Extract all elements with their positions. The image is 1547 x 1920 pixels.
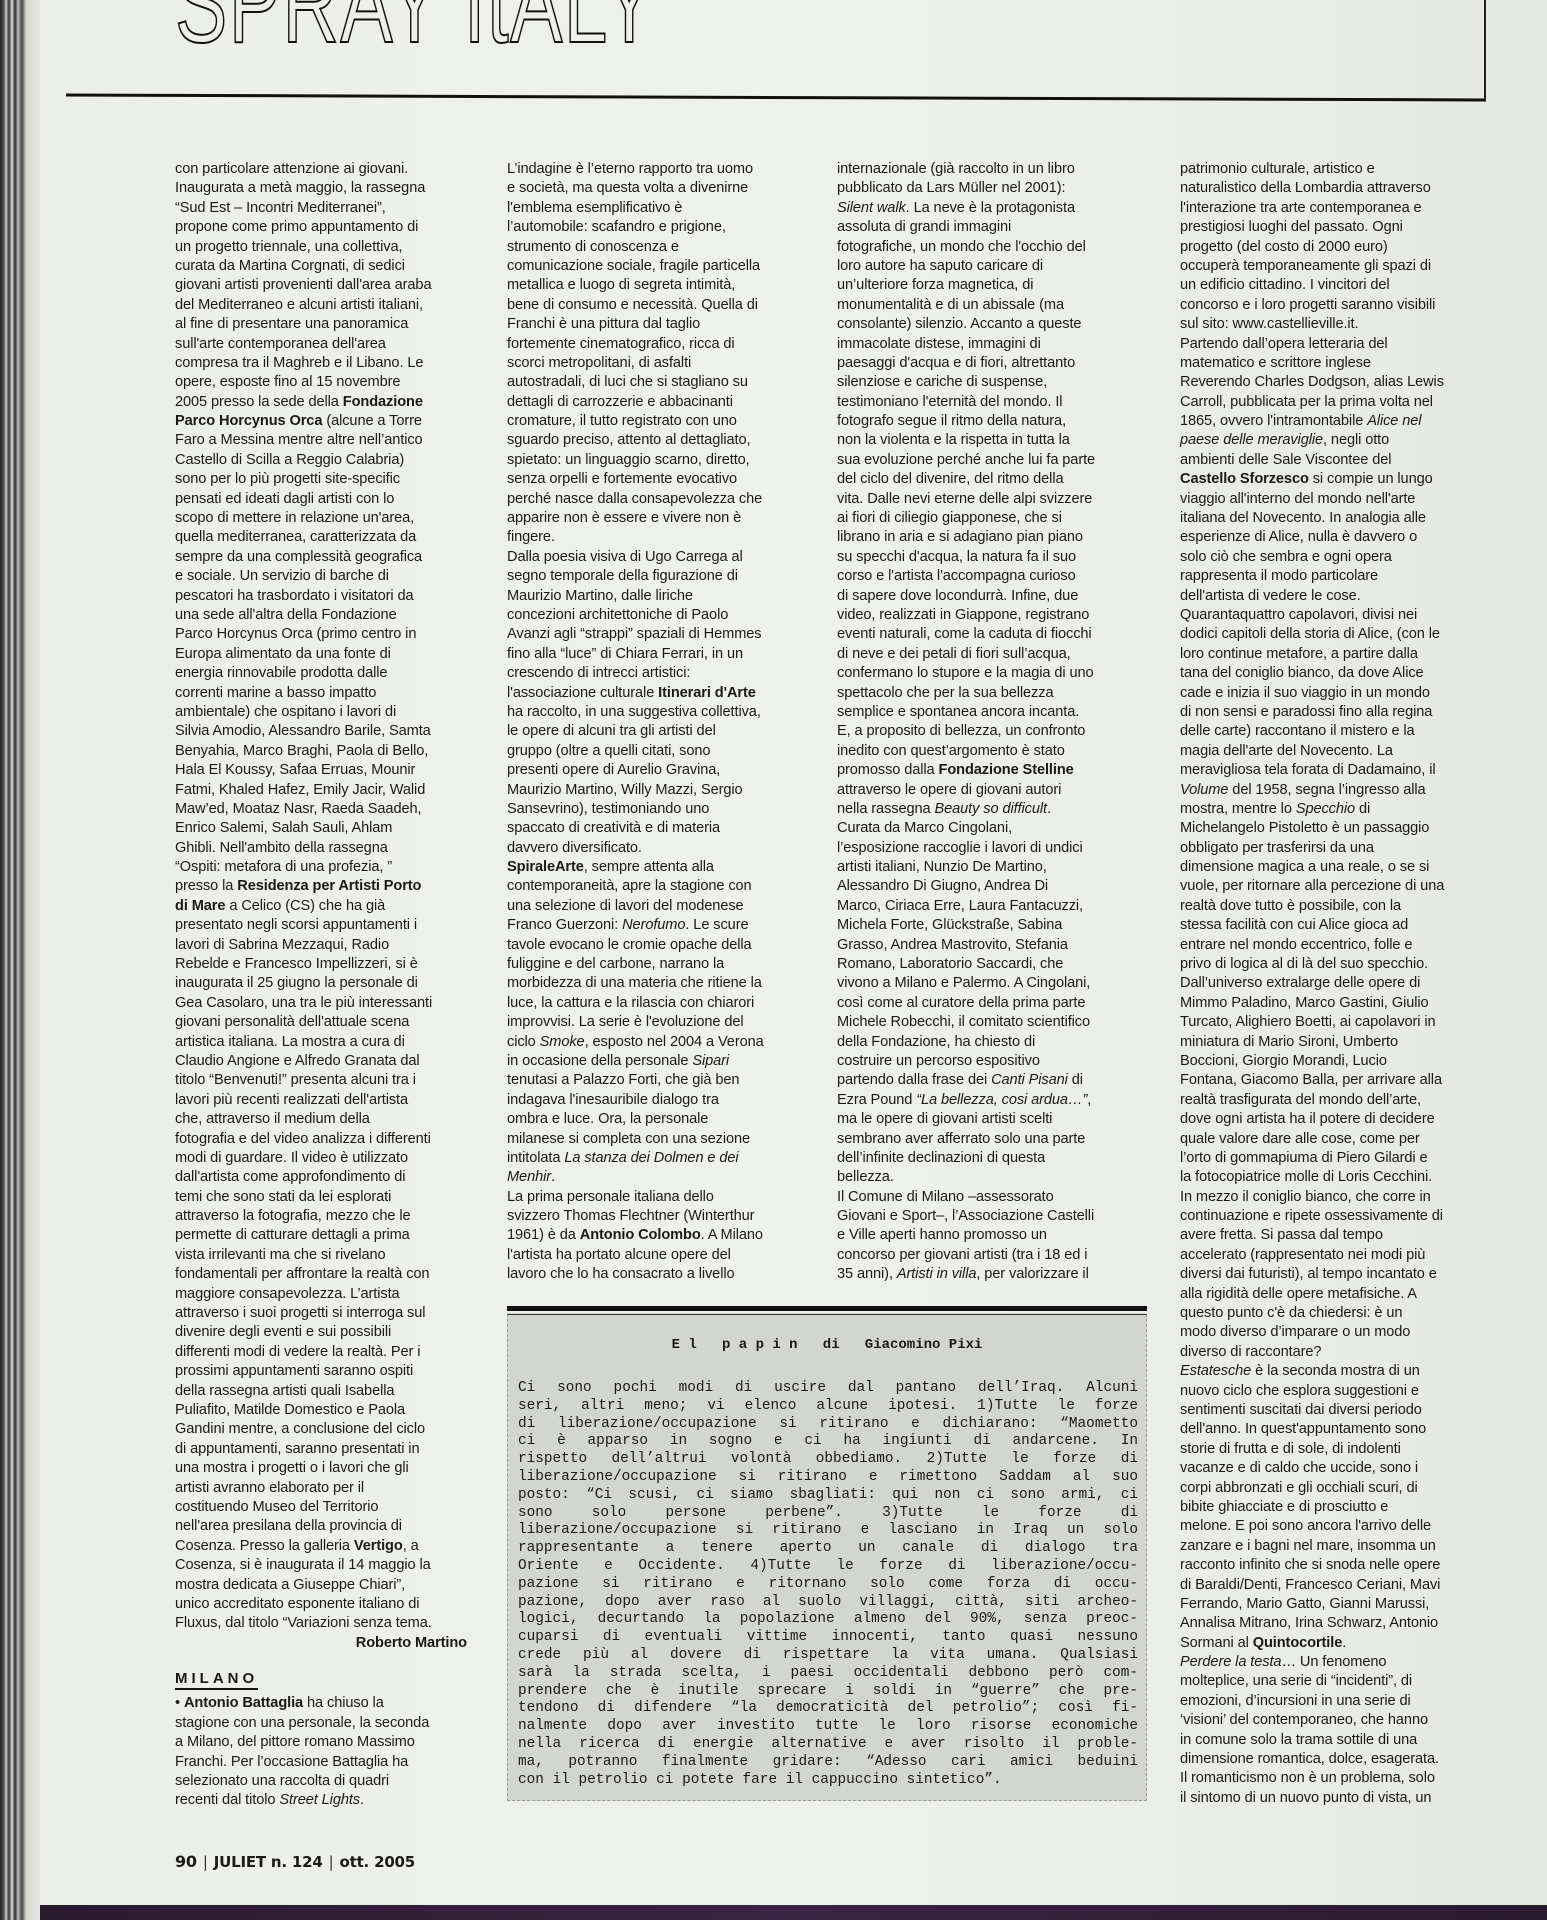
text-line: Castello Sforzesco si compie un lungo [1180,470,1444,489]
text-segment: sono per lo più progetti site-specific [175,471,400,487]
text-segment: strumento di conoscenza e [507,239,679,255]
text-line: librano in aria e si adagiano pian piano [837,528,1095,547]
text-line: bibite ghiacciate e di prosciutto e [1180,1498,1444,1517]
text-segment: inaugurata il 25 giugno la personale di [175,975,418,991]
text-line: monumentalità e di un abissale (ma [837,296,1095,315]
text-segment: tana del coniglio bianco, da dove Alice [1180,665,1424,681]
boxout-line: sarà la strada scelta, i paesi occidenta… [518,1665,1138,1683]
text-line: una mostra i progetti o i lavori che gli [175,1459,467,1478]
italic-text: Specchio [1296,801,1355,817]
boxout-body: Ci sono pochi modi di uscire dal pantano… [518,1380,1138,1789]
column-2-body: L’indagine è l’eterno rapporto tra uomoe… [507,160,764,1285]
text-line: l'associazione culturale Itinerari d'Art… [507,684,764,703]
text-line: Grasso, Andrea Mastrovito, Stefania [837,936,1095,955]
text-line: artisti avranno elaborato per il [175,1479,467,1498]
boxout-line: con il petrolio ci potete fare il cappuc… [518,1772,1138,1790]
text-line: dall'artista come approfondimento di [175,1168,467,1187]
text-line: lavoro che lo ha consacrato a livello [507,1265,764,1284]
text-segment: diverso di raccontare? [1180,1344,1321,1360]
text-line: ai fiori di ciliegio giapponese, che si [837,509,1095,528]
text-line: matematico e scrittore inglese [1180,354,1444,373]
text-line: differenti modi di vedere la realtà. Per… [175,1343,467,1362]
text-segment: svizzero Thomas Flechtner (Winterthur [507,1208,754,1224]
text-line: artisti italiani, Nunzio De Martino, [837,858,1095,877]
text-line: ambienti delle Sale Viscontee del [1180,451,1444,470]
text-segment: luce, la cattura e la rilascia con chiar… [507,995,754,1011]
text-line: l'interazione tra arte contemporanea e [1180,199,1444,218]
text-segment: Michelangelo Pistoletto è un passaggio [1180,820,1429,836]
text-line: recenti dal titolo Street Lights. [175,1791,467,1810]
text-line: inedito con quest’argomento è stato [837,742,1095,761]
text-segment: l’orto di gommapiuma di Piero Gilardi e [1180,1150,1428,1166]
text-segment: consolante) silenzio. Accanto a queste [837,316,1081,332]
text-line: giovani personalità dell'attuale scena [175,1013,467,1032]
text-line: consolante) silenzio. Accanto a queste [837,315,1095,334]
text-line: continuazione e ripete ossessivamente di [1180,1207,1444,1226]
bold-text: Antonio Colombo [580,1227,701,1243]
text-segment: perché nasce dalla consapevolezza che [507,491,762,507]
text-line: le opere di alcuni tra gli artisti del [507,722,764,741]
text-segment: Cosenza. Presso la galleria [175,1538,354,1554]
magazine-issue: JULIET n. 124 [214,1853,323,1871]
text-segment: spietato: un linguaggio scarno, diretto, [507,452,750,468]
text-line: spaccato di creatività e di materia [507,819,764,838]
text-line: Castello di Scilla a Reggio Calabria) [175,451,467,470]
text-segment: attraverso la fotografia, mezzo che le [175,1208,411,1224]
text-segment: Boccioni, Giorgio Morandi, Lucio [1180,1053,1387,1069]
text-segment: eventi naturali, come la caduta di fiocc… [837,626,1092,642]
text-line: Avanzi agli “strappi” spaziali di Hemmes [507,625,764,644]
text-segment: loro autore ha saputo caricare di [837,258,1043,274]
text-segment: una sede all'altra della Fondazione [175,607,397,623]
bold-text: di Mare [175,898,225,914]
text-segment: tenutasi a Palazzo Forti, che già ben [507,1072,739,1088]
text-line: mostra dedicata a Giuseppe Chiari”, [175,1576,467,1595]
text-segment: apparire non è essere e vivere non è [507,510,741,526]
text-line: sguardo preciso, attento al dettagliato, [507,431,764,450]
text-segment: presso la [175,878,237,894]
text-line: modi di guardare. Il video è utilizzato [175,1149,467,1168]
text-line: naturalistico della Lombardia attraverso [1180,179,1444,198]
text-line: strumento di conoscenza e [507,238,764,257]
text-segment: improvvisi. La serie è l'evoluzione del [507,1014,744,1030]
text-line: Michelangelo Pistoletto è un passaggio [1180,819,1444,838]
text-segment: segno temporale della figurazione di [507,568,738,584]
text-segment: lavori più recenti realizzati dell'artis… [175,1092,408,1108]
boxout-line: rispetto dell’altrui volontà obbediamo. … [518,1451,1138,1469]
text-segment: una selezione di lavori del modenese [507,898,744,914]
text-segment: energia rinnovabile prodotta dalle [175,665,387,681]
text-line: pensati ed ideati dagli artisti con lo [175,490,467,509]
text-line: melone. E poi sono ancora l'arrivo delle [1180,1517,1444,1536]
text-segment: La prima personale italiana dello [507,1189,714,1205]
text-line: ambientale) che ospitano i lavori di [175,703,467,722]
text-segment: su specchi d'acqua, la natura fa il suo [837,549,1076,565]
text-segment: realtà trasfigurata del mondo dell’arte, [1180,1092,1421,1108]
text-line: attraverso la fotografia, mezzo che le [175,1207,467,1226]
text-line: Puliafito, Matilde Domestico e Paola [175,1401,467,1420]
footer-separator: | [203,1853,208,1871]
text-segment: e società, ma questa volta a divenirne [507,180,748,196]
bold-text: Fondazione [343,394,423,410]
text-segment: di [1068,1072,1083,1088]
text-segment: fuliggine e del carbone, narrano la [507,956,724,972]
text-segment: Maw’ed, Moataz Nasr, Raeda Saadeh, [175,801,421,817]
text-line: crescendo di intrecci artistici: [507,664,764,683]
text-segment: sull'arte contemporanea dell'area [175,336,386,352]
text-segment: entrare nel mondo eccentrico, folle e [1180,937,1412,953]
text-segment: concorso per giovani artisti (tra i 18 e… [837,1247,1087,1263]
italic-text: Estatesche [1180,1363,1251,1379]
text-line: partendo dalla frase dei Canti Pisani di [837,1071,1095,1090]
text-segment: Franchi è una pittura dal taglio [507,316,700,332]
text-line: E, a proposito di bellezza, un confronto [837,722,1095,741]
text-segment: fondamentali per affrontare la realtà co… [175,1266,429,1282]
text-line: a Milano, del pittore romano Massimo [175,1733,467,1752]
text-line: Gea Casolaro, una tra le più interessant… [175,994,467,1013]
text-segment: artisti italiani, Nunzio De Martino, [837,859,1047,875]
text-segment: naturalistico della Lombardia attraverso [1180,180,1431,196]
text-segment: comunicazione sociale, fragile particell… [507,258,760,274]
text-line: vacanze e di caldo che uccide, sono i [1180,1459,1444,1478]
text-line: Franchi è una pittura dal taglio [507,315,764,334]
text-line: scorci metropolitani, di asfalti [507,354,764,373]
text-segment: internazionale (già raccolto in un libro [837,161,1075,177]
text-segment: progetto (del costo di 2000 euro) [1180,239,1388,255]
text-line: della Fondazione, ha chiesto di [837,1033,1095,1052]
text-line: milanese si completa con una sezione [507,1130,764,1149]
text-segment: Fontana, Giacomo Balla, per arrivare all… [1180,1072,1442,1088]
text-segment: nuovo ciclo che esplora suggestioni e [1180,1383,1419,1399]
text-line: fino alla “luce” di Chiara Ferrari, in u… [507,645,764,664]
text-line: l’orto di gommapiuma di Piero Gilardi e [1180,1149,1444,1168]
text-line: su specchi d'acqua, la natura fa il suo [837,548,1095,567]
text-segment: Claudio Angione e Alfredo Granata dal [175,1053,420,1069]
text-segment: il sintomo di un nuovo punto di vista, u… [1180,1790,1431,1806]
text-line: dodici capitoli della storia di Alice, (… [1180,625,1444,644]
boxout-line: liberazione/occupazione si ritirano e la… [518,1522,1138,1540]
text-line: giovani artisti provenienti dall'area ar… [175,276,467,295]
text-segment: milanese si completa con una sezione [507,1131,750,1147]
text-segment: mostra dedicata a Giuseppe Chiari”, [175,1577,405,1593]
text-line: quale valore dare alle cose, come per [1180,1130,1444,1149]
text-line: di sapere dove locondurrà. Infine, due [837,587,1095,606]
text-segment: sentimenti suscitati dai diversi periodo [1180,1402,1422,1418]
italic-text: Menhir [507,1169,551,1185]
text-line: vita. Dalle nevi eterne delle alpi svizz… [837,490,1095,509]
text-line: Hala El Koussy, Safaa Erruas, Mounir [175,761,467,780]
bold-text: Antonio Battaglia [184,1695,303,1711]
text-line: vuole, per ritornare alla percezione di … [1180,877,1444,896]
text-line: attraverso le opere di giovani autori [837,781,1095,800]
bold-text: SpiraleArte [507,859,584,875]
text-segment: Ezra Pound [837,1092,916,1108]
text-line: Fontana, Giacomo Balla, per arrivare all… [1180,1071,1444,1090]
column-2: L’indagine è l’eterno rapporto tra uomoe… [507,160,764,1285]
text-segment: senza orpelli e fortemente evocativo [507,471,737,487]
text-line: ‘visioni’ del contemporaneo, che hanno [1180,1711,1444,1730]
boxout-line: prendere che è inutile sprecare i soldi … [518,1683,1138,1701]
text-line: costituendo Museo del Territorio [175,1498,467,1517]
text-segment: vita. Dalle nevi eterne delle alpi svizz… [837,491,1092,507]
text-segment: Curata da Marco Cingolani, [837,820,1012,836]
text-segment: del Mediterraneo e alcuni artisti italia… [175,297,423,313]
text-line: rappresenta il modo particolare [1180,567,1444,586]
text-segment: di Baraldi/Denti, Francesco Ceriani, Mav… [1180,1577,1440,1593]
text-segment: giovani personalità dell'attuale scena [175,1014,409,1030]
text-line: questo punto c'è da chiedersi: è un [1180,1304,1444,1323]
text-segment: cade e inizia il suo viaggio in un mondo [1180,685,1430,701]
text-segment: costruire un percorso espositivo [837,1053,1040,1069]
text-segment: differenti modi di vedere la realtà. Per… [175,1344,420,1360]
text-line: metallica e luogo di segreta intimità, [507,276,764,295]
text-segment: in comune solo la trama sottile di una [1180,1732,1417,1748]
text-segment: bibite ghiacciate e di prosciutto e [1180,1499,1388,1515]
text-segment: ambienti delle Sale Viscontee del [1180,452,1391,468]
text-segment: Il Comune di Milano –assessorato [837,1189,1054,1205]
text-segment: pubblicato da Lars Müller nel 2001): [837,180,1065,196]
text-segment: dell’infinite declinazioni di questa [837,1150,1045,1166]
text-segment: italiana del Novecento. In analogia alle [1180,510,1426,526]
text-line: e Ville aperti hanno promosso un [837,1226,1095,1245]
text-segment: loro continue metafore, a partire dalla [1180,646,1418,662]
text-segment: fingere. [507,529,555,545]
text-segment: promosso dalla [837,762,939,778]
text-segment: In mezzo il coniglio bianco, che corre i… [1180,1189,1431,1205]
text-segment: prestigiosi luoghi del passato. Ogni [1180,219,1403,235]
text-line: video, realizzati in Giappone, registran… [837,606,1095,625]
text-segment: ha raccolto, in una suggestiva collettiv… [507,704,761,720]
boxout-line: nalmente dopo aver investito tutte le lo… [518,1718,1138,1736]
text-segment: Partendo dall’opera letteraria del [1180,336,1388,352]
text-segment: della rassegna artisti quali Isabella [175,1383,394,1399]
text-segment: fotografiche, un mondo che l'occhio del [837,239,1086,255]
text-segment: . [1342,1635,1346,1651]
issue-date: ott. 2005 [340,1853,416,1871]
text-line: lavori più recenti realizzati dell'artis… [175,1091,467,1110]
text-segment: monumentalità e di un abissale (ma [837,297,1064,313]
text-segment: L’indagine è l’eterno rapporto tra uomo [507,161,753,177]
text-line: diverso di raccontare? [1180,1343,1444,1362]
text-line: Faro a Messina mentre altre nell’antico [175,431,467,450]
text-line: silenziose e cariche di suspense, [837,373,1095,392]
text-line: Cosenza. Presso la galleria Vertigo, a [175,1537,467,1556]
text-segment: corso e l'artista l'accompagna curioso [837,568,1076,584]
text-line: fuliggine e del carbone, narrano la [507,955,764,974]
text-segment: una mostra i progetti o i lavori che gli [175,1460,409,1476]
text-segment: Castello di Scilla a Reggio Calabria) [175,452,404,468]
text-segment: morbidezza di una materia che ritiene la [507,975,762,991]
italic-text: Volume [1180,782,1228,798]
text-line: Volume del 1958, segna l’ingresso alla [1180,781,1444,800]
text-segment: dell'anno. In quest'appuntamento sono [1180,1421,1426,1437]
text-line: dove ogni artista ha il potere di decide… [1180,1110,1444,1129]
text-line: l’esposizione raccoglie i lavori di undi… [837,839,1095,858]
text-line: loro continue metafore, a partire dalla [1180,645,1444,664]
text-line: vivono a Milano e Palermo. A Cingolani, [837,974,1095,993]
text-line: zanzare e i bagni nel mare, insomma un [1180,1537,1444,1556]
boxout-line: cuparsi di eventuali vittime innocenti, … [518,1629,1138,1647]
text-segment: nella rassegna [837,801,934,817]
text-segment: ai fiori di ciliegio giapponese, che si [837,510,1062,526]
text-segment: in occasione della personale [507,1053,692,1069]
text-line: energia rinnovabile prodotta dalle [175,664,467,683]
text-segment: 35 anni), [837,1266,897,1282]
text-line: Quarantaquattro capolavori, divisi nei [1180,606,1444,625]
text-segment: costituendo Museo del Territorio [175,1499,378,1515]
text-segment: l'associazione culturale [507,685,658,701]
text-segment: scopo di mettere in relazione un'area, [175,510,414,526]
text-line: Fluxus, dal titolo “Variazioni senza tem… [175,1614,467,1633]
text-line: fingere. [507,528,764,547]
text-line: un edificio cittadino. I vincitori del [1180,276,1444,295]
text-segment: bene di consumo e necessità. Quella di [507,297,758,313]
text-line: curata da Martina Corgnati, di sedici [175,257,467,276]
text-segment: è la seconda mostra di un [1251,1363,1420,1379]
text-line: Franchi. Per l’occasione Battaglia ha [175,1753,467,1772]
text-line: confermano lo stupore e la magia di uno [837,664,1095,683]
text-line: La prima personale italiana dello [507,1188,764,1207]
text-line: presentato negli scorsi appuntamenti i [175,916,467,935]
text-segment: ciclo [507,1034,540,1050]
text-segment: Franchi. Per l’occasione Battaglia ha [175,1754,408,1770]
text-segment: Maurizio Martino, Willy Mazzi, Sergio [507,782,743,798]
text-segment: Turcato, Alighiero Boetti, ai capolavori… [1180,1014,1436,1030]
text-line: accelerato (rappresentato nei modi più [1180,1246,1444,1265]
text-segment: dettagli di carrozzerie e abbacinanti [507,394,733,410]
text-segment: Michele Robecchi, il comitato scientific… [837,1014,1090,1030]
text-line: Carroll, pubblicata per la prima volta n… [1180,393,1444,412]
text-line: in occasione della personale Sipari [507,1052,764,1071]
text-segment: bellezza. [837,1169,894,1185]
text-line: realtà dove tutto è possibile, con la [1180,897,1444,916]
italic-text: Smoke [540,1034,585,1050]
text-segment: fotografo segue il ritmo della natura, [837,413,1066,429]
text-segment: corpi abbronzati e gli occhiali scuri, d… [1180,1480,1418,1496]
column-4-body: patrimonio culturale, artistico enatural… [1180,160,1444,1808]
text-segment: … Un fenomeno [1281,1654,1386,1670]
boxout-panel: E l p a p i n di Giacomino Pixi Ci sono … [507,1314,1147,1801]
text-segment: patrimonio culturale, artistico e [1180,161,1375,177]
text-line: ciclo Smoke, esposto nel 2004 a Verona [507,1033,764,1052]
text-segment: delle carte) raccontano il mistero e la [1180,723,1415,739]
text-segment: Benyahia, Marco Braghi, Paola di Bello, [175,743,428,759]
text-line: sul sito: www.castellieville.it. [1180,315,1444,334]
text-line: “Ospiti: metafora di una profezia, ” [175,858,467,877]
text-segment: metallica e luogo di segreta intimità, [507,277,735,293]
text-line: 1865, ovvero l'intramontabile Alice nel [1180,412,1444,431]
text-segment: di appuntamenti, saranno presentati in [175,1441,419,1457]
text-segment: Inaugurata a metà maggio, la rassegna [175,180,425,196]
text-line: fortemente cinematografico, ricca di [507,335,764,354]
text-line: bene di consumo e necessità. Quella di [507,296,764,315]
text-segment: mostra, mentre lo [1180,801,1296,817]
text-line: Boccioni, Giorgio Morandi, Lucio [1180,1052,1444,1071]
text-segment: cromature, il tutto registrato con uno [507,413,737,429]
text-segment: l’esposizione raccoglie i lavori di undi… [837,840,1083,856]
text-line: avere fretta. Si passa dal tempo [1180,1226,1444,1245]
boxout-line: ma, potranno finalmente gridare: “Adesso… [518,1754,1138,1772]
text-segment: semplice e spontanea ancora incanta. [837,704,1079,720]
italic-text: Artisti in villa [897,1266,977,1282]
text-segment: esperienze di Alice, nulla è davvero o [1180,529,1417,545]
text-segment: un’ulteriore forza magnetica, di [837,277,1033,293]
text-segment: compresa tra il Maghreb e il Libano. Le [175,355,423,371]
text-line: Curata da Marco Cingolani, [837,819,1095,838]
italic-text: Beauty so difficult [934,801,1046,817]
text-segment: recenti dal titolo [175,1792,279,1808]
text-segment: rappresenta il modo particolare [1180,568,1378,584]
text-line: 2005 presso la sede della Fondazione [175,393,467,412]
text-segment: molteplice, una serie di “incidenti”, di [1180,1673,1412,1689]
text-segment: storie di frutta e di sole, di indolenti [1180,1441,1401,1457]
text-line: 35 anni), Artisti in villa, per valorizz… [837,1265,1095,1284]
text-segment: Sormani al [1180,1635,1253,1651]
italic-text: Sipari [692,1053,729,1069]
text-line: sembrano aver afferrato solo una parte [837,1130,1095,1149]
column-4: patrimonio culturale, artistico enatural… [1180,160,1444,1808]
boxout-line: Ci sono pochi modi di uscire dal pantano… [518,1380,1138,1398]
text-segment: . Le scure [685,917,748,933]
text-line: spietato: un linguaggio scarno, diretto, [507,451,764,470]
text-line: SpiraleArte, sempre attenta alla [507,858,764,877]
book-binding [0,0,40,1920]
text-line: Il Comune di Milano –assessorato [837,1188,1095,1207]
text-segment: contemporaneità, apre la stagione con [507,878,752,894]
text-line: e sociale. Un servizio di barche di [175,567,467,586]
text-segment: del 1958, segna l’ingresso alla [1228,782,1425,798]
text-line: fotografiche, un mondo che l'occhio del [837,238,1095,257]
author-signature: Roberto Martino [175,1634,467,1653]
masthead-title: SPRAY ItALY [175,0,657,60]
bold-text: Fondazione Stelline [939,762,1074,778]
text-segment: così come al curatore della prima parte [837,995,1085,1011]
boxout-line: nella ricerca di energie alternative e a… [518,1736,1138,1754]
text-segment: “Sud Est – Incontri Mediterranei”, [175,200,386,216]
text-segment: stessa facilità con cui Alice gioca ad [1180,917,1408,933]
text-line: selezionato una raccolta di quadri [175,1772,467,1791]
column-3-body: internazionale (già raccolto in un libro… [837,160,1095,1285]
bold-text: Residenza per Artisti Porto [237,878,421,894]
text-segment: . [360,1792,364,1808]
text-segment: l'artista ha portato alcune opere del [507,1247,731,1263]
text-line: sua evoluzione perché anche lui fa parte [837,451,1095,470]
text-segment: permette di catturare dettagli a prima [175,1227,410,1243]
bold-text: Quintocortile [1253,1635,1343,1651]
text-segment: l’automobile: scafandro e prigione, [507,219,726,235]
text-segment: fortemente cinematografico, ricca di [507,336,735,352]
text-line: italiana del Novecento. In analogia alle [1180,509,1444,528]
text-line: intitolata La stanza dei Dolmen e dei [507,1149,764,1168]
text-segment: Dalla poesia visiva di Ugo Carrega al [507,549,743,565]
text-segment: lavoro che lo ha consacrato a livello [507,1266,735,1282]
text-segment: attraverso le opere di giovani autori [837,782,1061,798]
text-line: morbidezza di una materia che ritiene la [507,974,764,993]
text-segment: correnti marine a basso impatto [175,685,376,701]
text-segment: vista irrilevanti ma che si rivelano [175,1247,386,1263]
text-line: opere, esposte fino al 15 novembre [175,373,467,392]
text-segment: dimensione magica a una reale, o se si [1180,859,1429,875]
text-segment: E, a proposito di bellezza, un confronto [837,723,1085,739]
text-line: Inaugurata a metà maggio, la rassegna [175,179,467,198]
boxout-title: E l p a p i n di Giacomino Pixi [508,1337,1146,1353]
boxout-line: seri, altri meno; vi elenco alcune ipote… [518,1398,1138,1416]
text-line: immacolate distese, immagini di [837,335,1095,354]
bold-text: Itinerari d'Arte [658,685,756,701]
text-segment: modi di guardare. Il video è utilizzato [175,1150,408,1166]
text-segment: , sempre attenta alla [584,859,714,875]
italic-text: Street Lights [279,1792,360,1808]
